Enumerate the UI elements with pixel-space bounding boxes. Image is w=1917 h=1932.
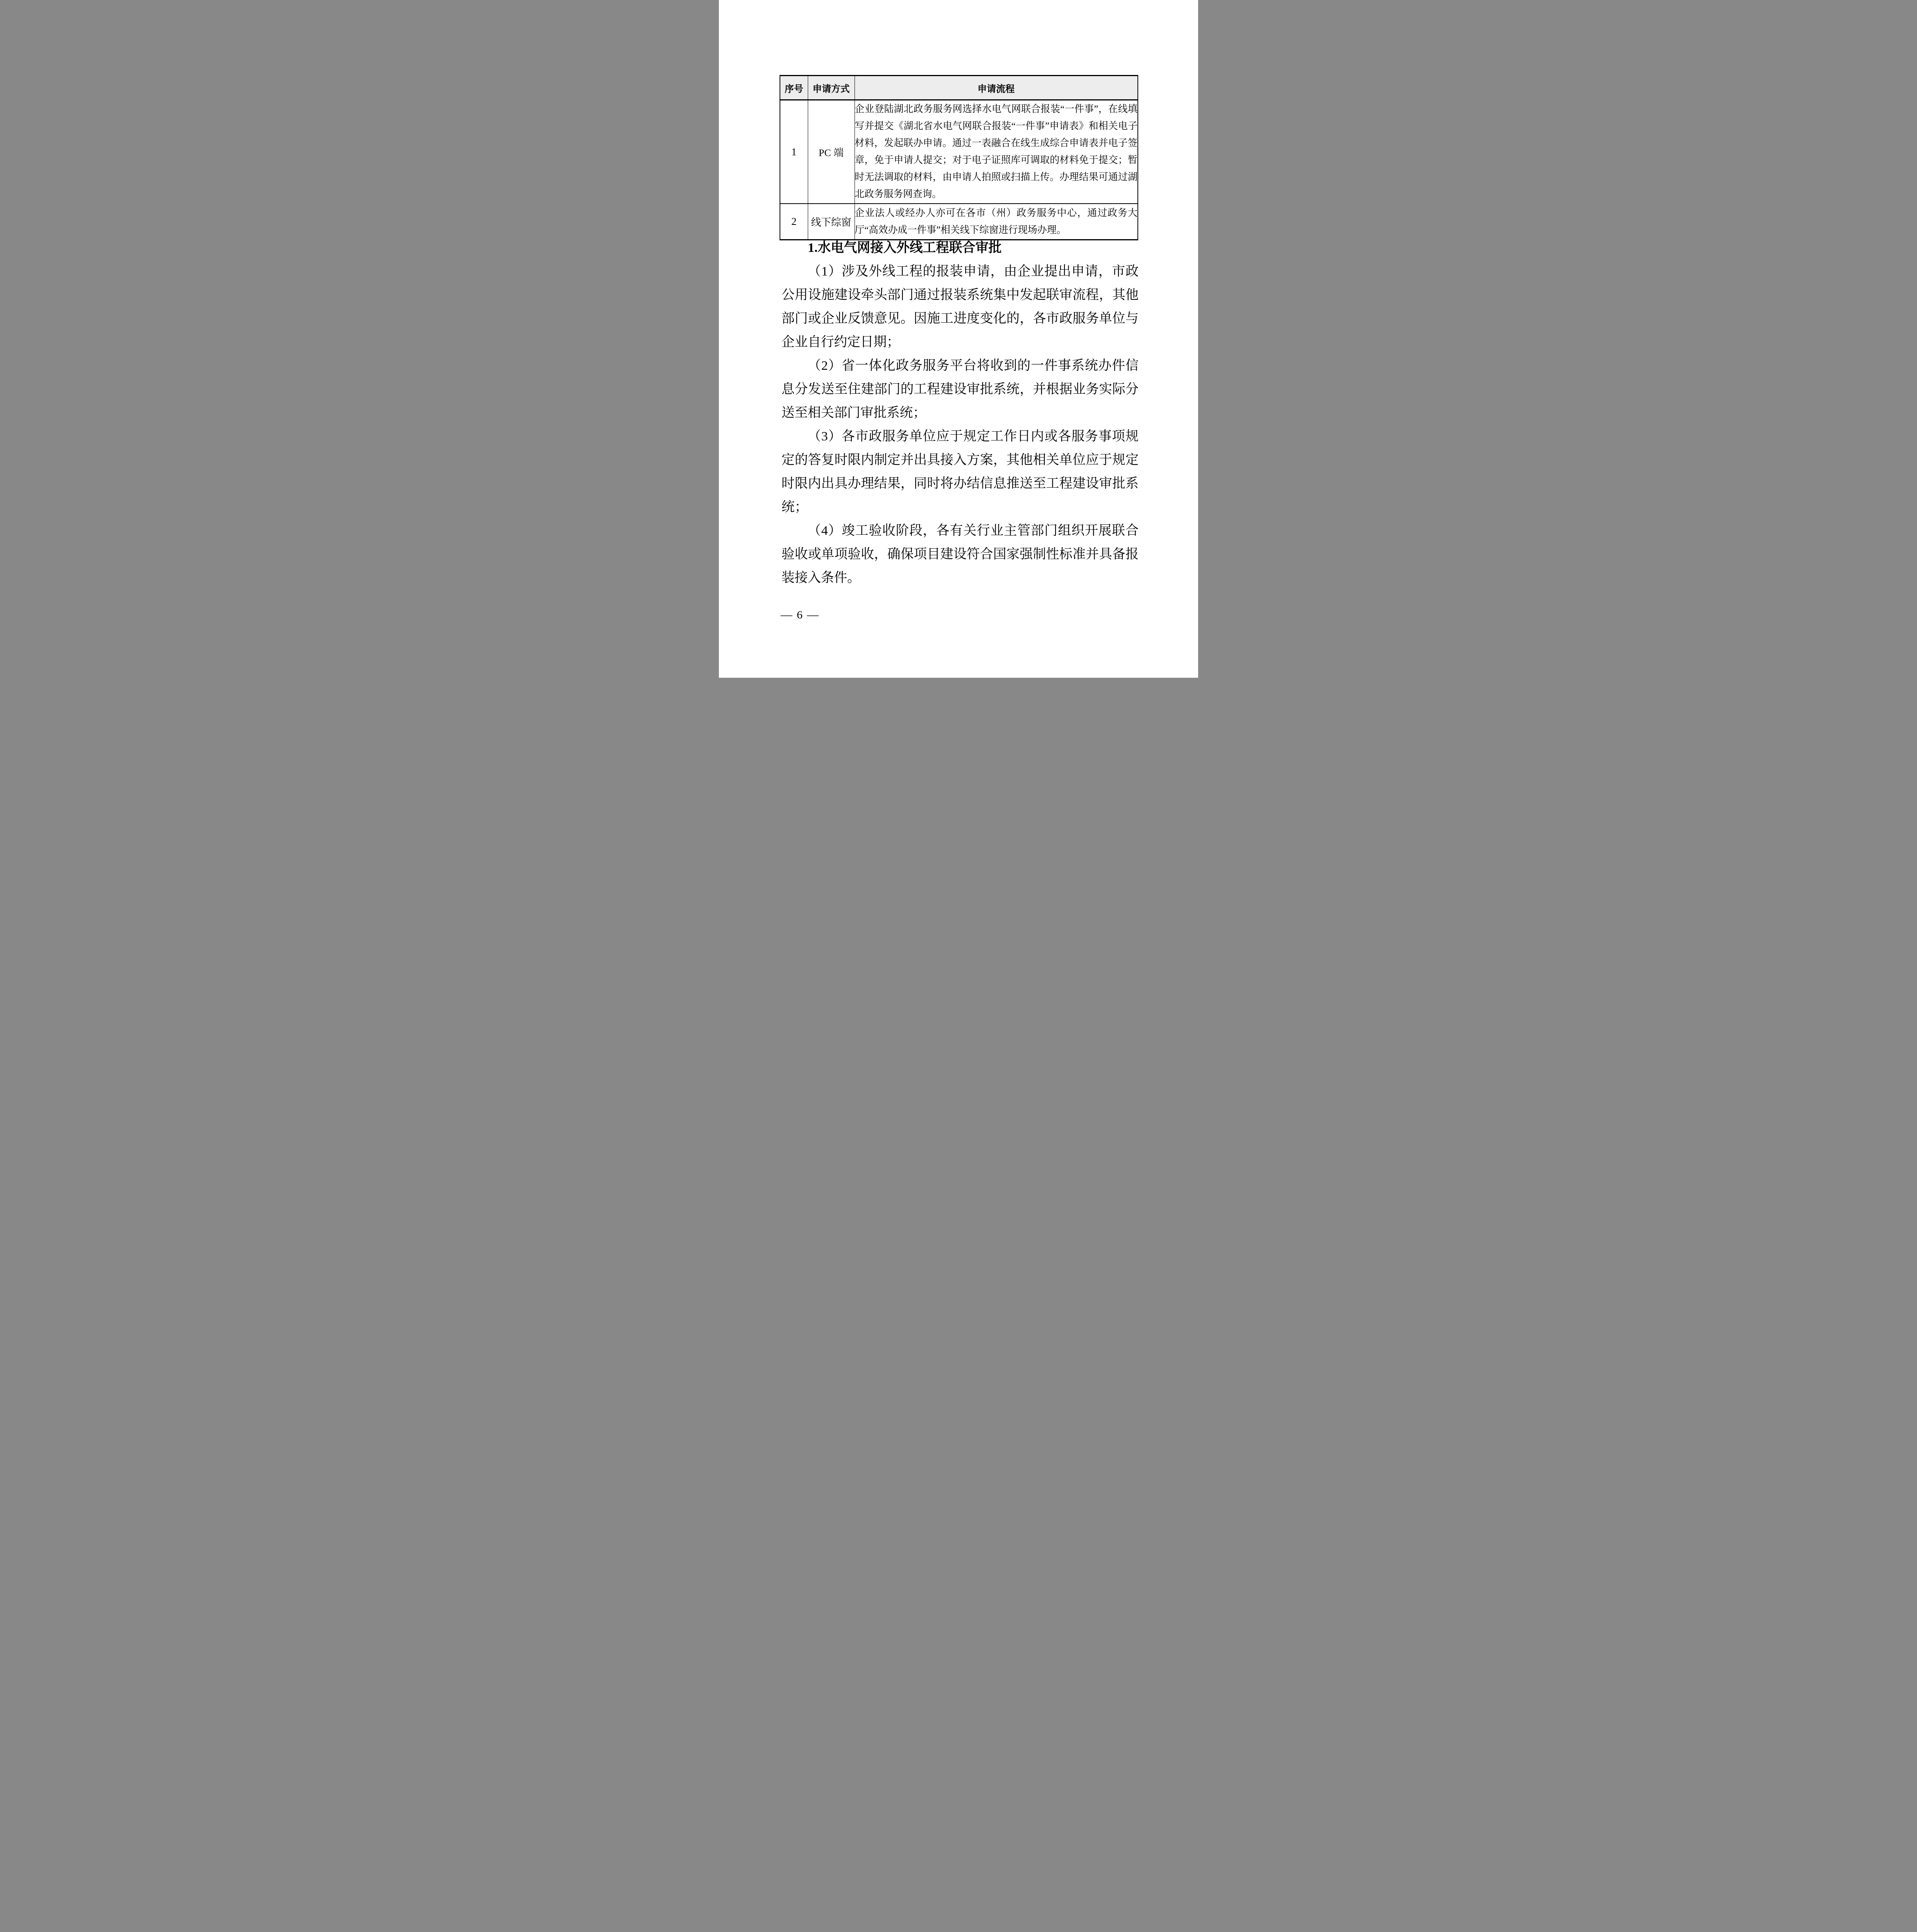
page-number: — 6 — — [781, 608, 819, 622]
column-header-index: 序号 — [780, 76, 808, 100]
row-index-cell: 1 — [780, 100, 808, 204]
row-method-cell: 线下综窗 — [808, 204, 855, 240]
application-methods-table: 序号 申请方式 申请流程 1 PC 端 企业登陆湖北政务服务网选择水电气网联合报… — [780, 75, 1138, 240]
row-process-cell: 企业登陆湖北政务服务网选择水电气网联合报装“一件事”，在线填写并提交《湖北省水电… — [855, 100, 1138, 204]
paragraph-1: （1）涉及外线工程的报装申请，由企业提出申请，市政公用设施建设牵头部门通过报装系… — [781, 260, 1139, 354]
row-index-cell: 2 — [780, 204, 808, 240]
section-heading: 1.水电气网接入外线工程联合审批 — [781, 236, 1139, 260]
table-row: 1 PC 端 企业登陆湖北政务服务网选择水电气网联合报装“一件事”，在线填写并提… — [780, 100, 1138, 204]
table-header-row: 序号 申请方式 申请流程 — [780, 76, 1138, 100]
document-body: 1.水电气网接入外线工程联合审批 （1）涉及外线工程的报装申请，由企业提出申请，… — [781, 236, 1139, 590]
row-method-cell: PC 端 — [808, 100, 855, 204]
column-header-process: 申请流程 — [855, 76, 1138, 100]
paragraph-3: （3）各市政服务单位应于规定工作日内或各服务事项规定的答复时限内制定并出具接入方… — [781, 425, 1139, 519]
row-process-cell: 企业法人或经办人亦可在各市（州）政务服务中心，通过政务大厅“高效办成一件事”相关… — [855, 204, 1138, 240]
column-header-method: 申请方式 — [808, 76, 855, 100]
table-row: 2 线下综窗 企业法人或经办人亦可在各市（州）政务服务中心，通过政务大厅“高效办… — [780, 204, 1138, 240]
document-page: 序号 申请方式 申请流程 1 PC 端 企业登陆湖北政务服务网选择水电气网联合报… — [719, 0, 1198, 678]
paragraph-4: （4）竣工验收阶段，各有关行业主管部门组织开展联合验收或单项验收，确保项目建设符… — [781, 519, 1139, 590]
paragraph-2: （2）省一体化政务服务平台将收到的一件事系统办件信息分发送至住建部门的工程建设审… — [781, 354, 1139, 425]
